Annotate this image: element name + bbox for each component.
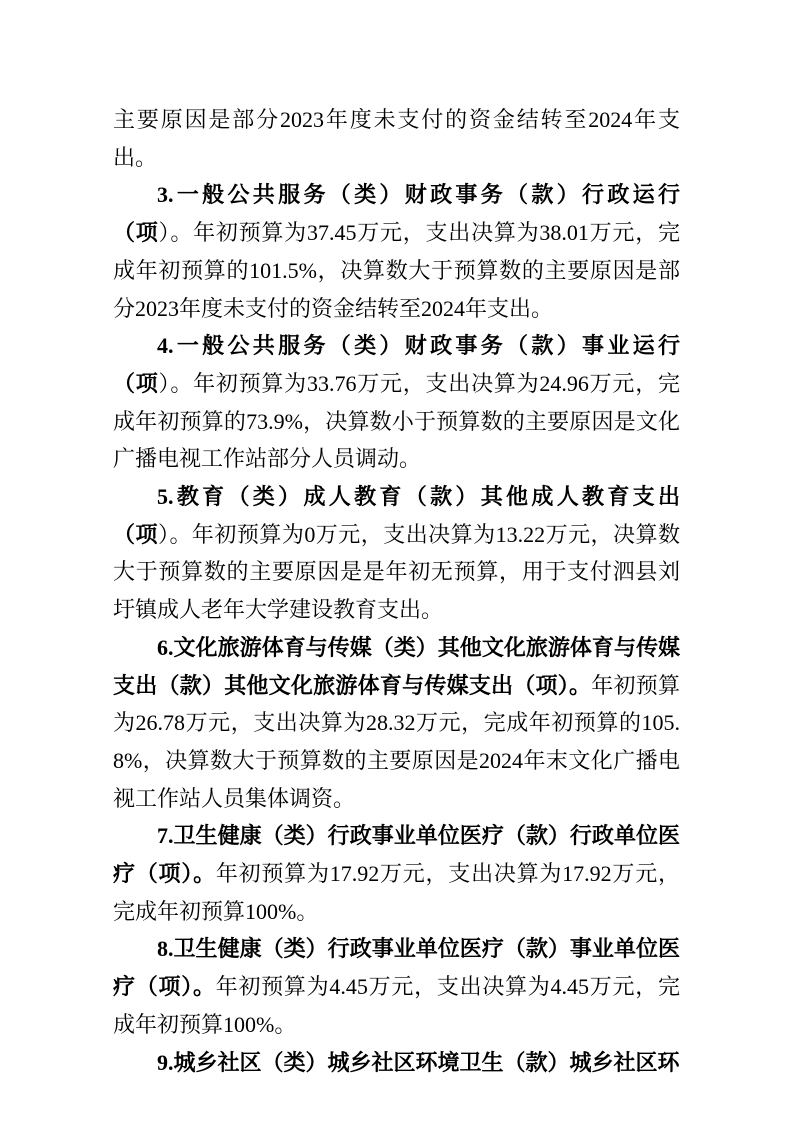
paragraph-item-6: 6.文化旅游体育与传媒（类）其他文化旅游体育与传媒支出（款）其他文化旅游体育与传… bbox=[113, 629, 680, 818]
paragraph-item-4: 4.一般公共服务（类）财政事务（款）事业运行（项）。年初预算为33.76万元，支… bbox=[113, 327, 680, 478]
paragraph-continuation: 主要原因是部分2023年度未支付的资金结转至2024年支出。 bbox=[113, 101, 680, 176]
paragraph-item-3: 3.一般公共服务（类）财政事务（款）行政运行（项）。年初预算为37.45万元，支… bbox=[113, 176, 680, 327]
body-text-run: ）。年初预算为37.45万元，支出决算为38.01万元，完成年初预算的101.5… bbox=[113, 220, 680, 320]
body-text-run: 主要原因是部分2023年度未支付的资金结转至2024年支出。 bbox=[113, 107, 680, 170]
paragraph-item-7: 7.卫生健康（类）行政事业单位医疗（款）行政单位医疗（项）。年初预算为17.92… bbox=[113, 817, 680, 930]
paragraph-item-9: 9.城乡社区（类）城乡社区环境卫生（款）城乡社区环 bbox=[113, 1044, 680, 1082]
paragraph-item-5: 5.教育（类）成人教育（款）其他成人教育支出（项）。年初预算为0万元，支出决算为… bbox=[113, 478, 680, 629]
document-page: 主要原因是部分2023年度未支付的资金结转至2024年支出。3.一般公共服务（类… bbox=[0, 0, 793, 1122]
body-text-run: ）。年初预算为0万元，支出决算为13.22万元，决算数大于预算数的主要原因是是年… bbox=[113, 522, 680, 622]
document-body: 主要原因是部分2023年度未支付的资金结转至2024年支出。3.一般公共服务（类… bbox=[113, 101, 680, 1081]
body-text-run: ）。年初预算为33.76万元，支出决算为24.96万元，完成年初预算的73.9%… bbox=[113, 371, 680, 471]
heading-text-run: 9.城乡社区（类）城乡社区环境卫生（款）城乡社区环 bbox=[157, 1050, 680, 1075]
paragraph-item-8: 8.卫生健康（类）行政事业单位医疗（款）事业单位医疗（项）。年初预算为4.45万… bbox=[113, 930, 680, 1043]
